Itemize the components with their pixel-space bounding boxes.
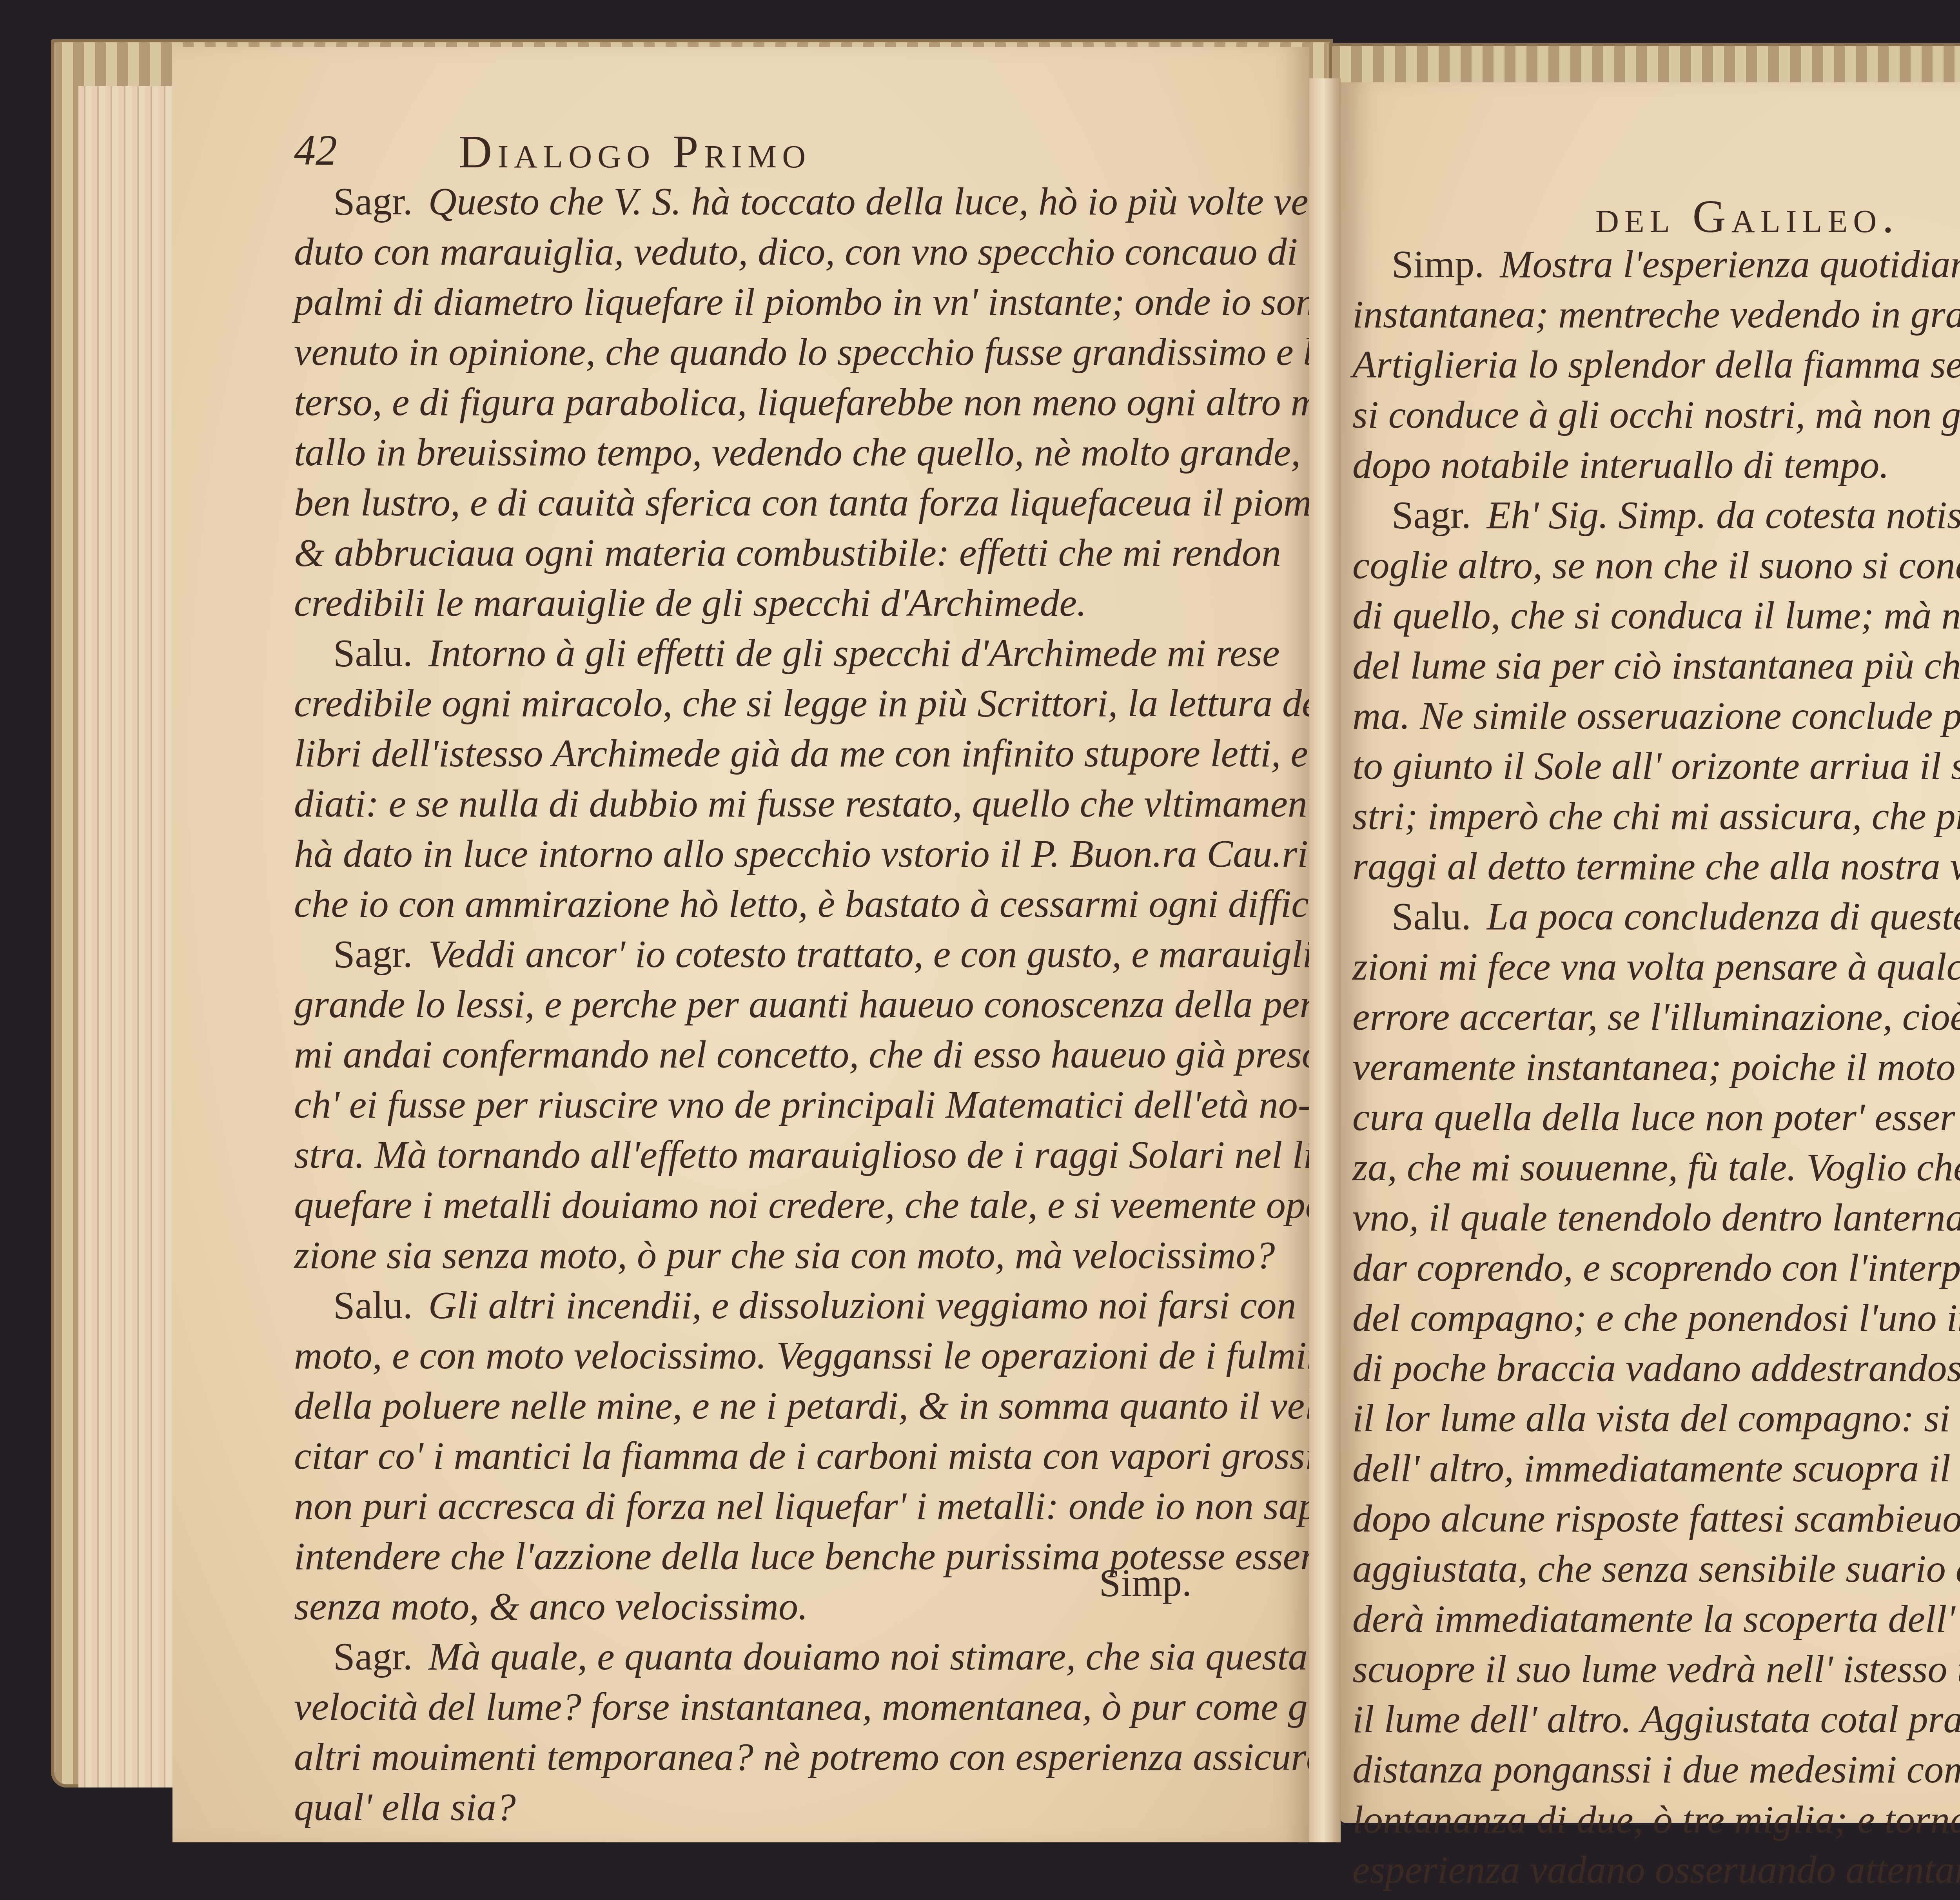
text-line: il lor lume alla vista del compagno: si … (1352, 1393, 1960, 1443)
text-line: del lume sia per ciò instantanea più che… (1352, 641, 1960, 691)
speaker-label: Sagr. (333, 180, 413, 223)
line-text: cura quella della luce non poter' esser … (1352, 1095, 1960, 1139)
line-text: zione sia senza moto, ò pur che sia con … (294, 1233, 1275, 1277)
text-line: & abbruciaua ogni materia combustibile: … (294, 528, 1278, 578)
line-text: Questo che V. S. hà toccato della luce, … (428, 180, 1321, 223)
speaker-label: Salu. (1392, 895, 1471, 938)
text-line: duto con marauiglia, veduto, dico, con v… (294, 227, 1278, 277)
text-line: Salu.Gli altri incendii, e dissoluzioni … (294, 1280, 1278, 1330)
text-line: diati: e se nulla di dubbio mi fusse res… (294, 779, 1278, 829)
text-line: il lume dell' altro. Aggiustata cotal pr… (1352, 1694, 1960, 1744)
line-text: coglie altro, se non che il suono si con… (1352, 543, 1960, 587)
text-line: moto, e con moto velocissimo. Vegganssi … (294, 1330, 1278, 1381)
speaker-label: Salu. (333, 631, 413, 675)
text-line: dopo alcune risposte fattesi scambieuolm… (1352, 1494, 1960, 1544)
line-text: Artiglieria lo splendor della fiamma sen… (1352, 343, 1960, 386)
line-text: non puri accresca di forza nel liquefar'… (294, 1484, 1360, 1528)
line-text: citar co' i mantici la fiamma de i carbo… (294, 1434, 1353, 1477)
text-line: Sagr.Veddi ancor' io cotesto trattato, e… (294, 929, 1278, 979)
text-line: esperienza vadano osseruando attentament… (1352, 1845, 1960, 1895)
line-text: Veddi ancor' io cotesto trattato, e con … (428, 932, 1333, 976)
text-line: derà immediatamente la scoperta dell' al… (1352, 1594, 1960, 1644)
line-text: & abbruciaua ogni materia combustibile: … (294, 531, 1281, 574)
text-line: cura quella della luce non poter' esser … (1352, 1092, 1960, 1142)
dialogue-paragraph: Sagr.Veddi ancor' io cotesto trattato, e… (294, 929, 1278, 1280)
text-line: dopo notabile interuallo di tempo. (1352, 440, 1960, 490)
line-text: credibile ogni miracolo, che si legge in… (294, 681, 1340, 725)
line-text: tallo in breuissimo tempo, vedendo che q… (294, 430, 1347, 474)
line-text: credibili le marauiglie de gli specchi d… (294, 581, 1087, 624)
running-head: Dialogo Primo (459, 125, 811, 179)
text-line: terso, e di figura parabolica, liquefare… (294, 377, 1278, 427)
speaker-label: Sagr. (1392, 493, 1471, 537)
text-line: palmi di diametro liquefare il piombo in… (294, 277, 1278, 327)
right-page-body: Simp.Mostra l'esperienza quotidiana l'es… (1352, 239, 1960, 1895)
text-line: errore accertar, se l'illuminazione, cio… (1352, 992, 1960, 1042)
text-line: dell' altro, immediatamente scuopra il s… (1352, 1443, 1960, 1494)
running-head: del Galileo. (1595, 190, 1899, 243)
line-text: Gli altri incendii, e dissoluzioni veggi… (428, 1283, 1296, 1327)
speaker-label: Sagr. (333, 932, 413, 976)
text-line: dar coprendo, e scoprendo con l'interpos… (1352, 1243, 1960, 1293)
text-line: che io con ammirazione hò letto, è basta… (294, 879, 1278, 929)
text-line: stri; imperò che chi mi assicura, che pr… (1352, 791, 1960, 841)
line-text: Mà quale, e quanta douiamo noi stimare, … (428, 1635, 1308, 1678)
line-text: che io con ammirazione hò letto, è basta… (294, 882, 1379, 926)
line-text: instantanea; mentreche vedendo in gran l… (1352, 292, 1960, 336)
line-text: errore accertar, se l'illuminazione, cio… (1352, 995, 1960, 1038)
line-text: zioni mi fece vna volta pensare à qualch… (1352, 945, 1960, 988)
speaker-label: Sagr. (333, 1635, 413, 1678)
text-line: raggi al detto termine che alla nostra v… (1352, 841, 1960, 891)
text-line: hà dato in luce intorno allo specchio vs… (294, 829, 1278, 879)
line-text: del lume sia per ciò instantanea più che… (1352, 644, 1960, 687)
text-line: aggiustata, che senza sensibile suario a… (1352, 1544, 1960, 1594)
line-text: altri mouimenti temporanea? nè potremo c… (294, 1735, 1368, 1778)
line-text: stri; imperò che chi mi assicura, che pr… (1352, 794, 1960, 838)
line-text: il lor lume alla vista del compagno: si … (1352, 1396, 1960, 1440)
line-text: hà dato in luce intorno allo specchio vs… (294, 832, 1345, 875)
line-text: moto, e con moto velocissimo. Vegganssi … (294, 1334, 1347, 1377)
line-text: Mostra l'esperienza quotidiana l'espansi… (1500, 242, 1960, 286)
line-text: velocità del lume? forse instantanea, mo… (294, 1685, 1329, 1728)
line-text: dopo alcune risposte fattesi scambieuolm… (1352, 1497, 1960, 1540)
text-line: Sagr.Questo che V. S. hà toccato della l… (294, 176, 1278, 227)
line-text: qual' ella sia? (294, 1785, 516, 1829)
page-block-edges (78, 86, 172, 1787)
text-line: za, che mi souuenne, fù tale. Voglio che… (1352, 1142, 1960, 1192)
line-text: La poca concludenza di queste, e di altr… (1487, 895, 1960, 938)
line-text: lontananza di due, ò tre miglia; e torna… (1352, 1798, 1960, 1841)
text-line: altri mouimenti temporanea? nè potremo c… (294, 1732, 1278, 1782)
text-line: Salu.Intorno à gli effetti de gli specch… (294, 628, 1278, 678)
line-text: Eh' Sig. Simp. da cotesta notissima espe… (1487, 493, 1960, 537)
text-line: tallo in breuissimo tempo, vedendo che q… (294, 427, 1278, 477)
dialogue-paragraph: Sagr.Eh' Sig. Simp. da cotesta notissima… (1352, 490, 1960, 891)
left-page: 42 Dialogo Primo Sagr.Questo che V. S. h… (172, 47, 1309, 1842)
text-line: mi andai confermando nel concetto, che d… (294, 1029, 1278, 1080)
line-text: scuopre il suo lume vedrà nell' istesso … (1352, 1647, 1960, 1691)
text-line: venuto in opinione, che quando lo specch… (294, 327, 1278, 377)
text-line: del compagno; e che ponendosi l'uno inco… (1352, 1293, 1960, 1343)
text-line: credibile ogni miracolo, che si legge in… (294, 678, 1278, 728)
line-text: veramente instantanea; poiche il moto as… (1352, 1045, 1960, 1089)
text-line: di quello, che si conduca il lume; mà no… (1352, 590, 1960, 641)
text-line: ben lustro, e di cauità sferica con tant… (294, 477, 1278, 528)
line-text: di poche braccia vadano addestrandosi ne… (1352, 1346, 1960, 1390)
dialogue-paragraph: Sagr.Mà quale, e quanta douiamo noi stim… (294, 1631, 1278, 1832)
text-line: instantanea; mentreche vedendo in gran l… (1352, 289, 1960, 339)
text-line: zione sia senza moto, ò pur che sia con … (294, 1230, 1278, 1280)
right-page: del Galileo. 43 Simp.Mostra l'esperienza… (1341, 82, 1960, 1823)
text-line: lontananza di due, ò tre miglia; e torna… (1352, 1795, 1960, 1845)
line-text: venuto in opinione, che quando lo specch… (294, 330, 1360, 374)
text-line: quefare i metalli douiamo noi credere, c… (294, 1180, 1278, 1230)
text-line: velocità del lume? forse instantanea, mo… (294, 1682, 1278, 1732)
text-line: to giunto il Sole all' orizonte arriua i… (1352, 741, 1960, 791)
speaker-label: Simp. (1392, 242, 1484, 286)
dialogue-paragraph: Salu.Intorno à gli effetti de gli specch… (294, 628, 1278, 929)
line-text: grande lo lessi, e perche per auanti hau… (294, 982, 1389, 1026)
line-text: di quello, che si conduca il lume; mà no… (1352, 593, 1960, 637)
line-text: del compagno; e che ponendosi l'uno inco… (1352, 1296, 1960, 1339)
text-line: non puri accresca di forza nel liquefar'… (294, 1481, 1278, 1531)
line-text: duto con marauiglia, veduto, dico, con v… (294, 230, 1351, 273)
text-line: scuopre il suo lume vedrà nell' istesso … (1352, 1644, 1960, 1694)
line-text: libri dell'istesso Archimede già da me c… (294, 731, 1377, 775)
text-line: citar co' i mantici la fiamma de i carbo… (294, 1431, 1278, 1481)
line-text: quefare i metalli douiamo noi credere, c… (294, 1183, 1370, 1227)
line-text: derà immediatamente la scoperta dell' al… (1352, 1597, 1960, 1640)
line-text: diati: e se nulla di dubbio mi fusse res… (294, 782, 1336, 825)
catchword: Simp. (1099, 1560, 1192, 1605)
line-text: stra. Mà tornando all'effetto marauiglio… (294, 1133, 1327, 1176)
text-line: veramente instantanea; poiche il moto as… (1352, 1042, 1960, 1092)
line-text: vno, il quale tenendolo dentro lanterna,… (1352, 1196, 1960, 1239)
page-number: 42 (294, 125, 337, 175)
dialogue-paragraph: Simp.Mostra l'esperienza quotidiana l'es… (1352, 239, 1960, 490)
line-text: senza moto, & anco velocissimo. (294, 1584, 808, 1628)
text-line: distanza ponganssi i due medesimi compag… (1352, 1744, 1960, 1795)
line-text: il lume dell' altro. Aggiustata cotal pr… (1352, 1697, 1960, 1741)
text-line: Sagr.Mà quale, e quanta douiamo noi stim… (294, 1631, 1278, 1682)
text-line: grande lo lessi, e perche per auanti hau… (294, 979, 1278, 1029)
line-text: distanza ponganssi i due medesimi compag… (1352, 1748, 1960, 1791)
dialogue-paragraph: Salu.La poca concludenza di queste, e di… (1352, 891, 1960, 1895)
line-text: ch' ei fusse per riuscire vno de princip… (294, 1083, 1311, 1126)
text-line: della poluere nelle mine, e ne i petardi… (294, 1381, 1278, 1431)
line-text: mi andai confermando nel concetto, che d… (294, 1033, 1331, 1076)
line-text: dell' altro, immediatamente scuopra il s… (1352, 1446, 1960, 1490)
dialogue-paragraph: Sagr.Questo che V. S. hà toccato della l… (294, 176, 1278, 628)
text-line: vno, il quale tenendolo dentro lanterna,… (1352, 1192, 1960, 1243)
line-text: to giunto il Sole all' orizonte arriua i… (1352, 744, 1960, 788)
text-line: libri dell'istesso Archimede già da me c… (294, 728, 1278, 779)
text-line: si conduce à gli occhi nostri, mà non gi… (1352, 390, 1960, 440)
line-text: si conduce à gli occhi nostri, mà non gi… (1352, 393, 1960, 436)
speaker-label: Salu. (333, 1283, 413, 1327)
text-line: qual' ella sia? (294, 1782, 1278, 1832)
text-line: zioni mi fece vna volta pensare à qualch… (1352, 942, 1960, 992)
text-line: ch' ei fusse per riuscire vno de princip… (294, 1080, 1278, 1130)
text-line: credibili le marauiglie de gli specchi d… (294, 578, 1278, 628)
text-line: Salu.La poca concludenza di queste, e di… (1352, 891, 1960, 942)
line-text: raggi al detto termine che alla nostra v… (1352, 844, 1960, 888)
text-line: stra. Mà tornando all'effetto marauiglio… (294, 1130, 1278, 1180)
text-line: Artiglieria lo splendor della fiamma sen… (1352, 339, 1960, 390)
line-text: esperienza vadano osseruando attentament… (1352, 1848, 1960, 1891)
line-text: Intorno à gli effetti de gli specchi d'A… (428, 631, 1280, 675)
text-line: ma. Ne simile osseruazione conclude più … (1352, 691, 1960, 741)
text-line: Sagr.Eh' Sig. Simp. da cotesta notissima… (1352, 490, 1960, 540)
text-line: Simp.Mostra l'esperienza quotidiana l'es… (1352, 239, 1960, 289)
text-line: coglie altro, se non che il suono si con… (1352, 540, 1960, 590)
line-text: aggiustata, che senza sensibile suario a… (1352, 1547, 1960, 1590)
text-line: di poche braccia vadano addestrandosi ne… (1352, 1343, 1960, 1393)
line-text: ben lustro, e di cauità sferica con tant… (294, 481, 1361, 524)
line-text: della poluere nelle mine, e ne i petardi… (294, 1384, 1348, 1427)
line-text: terso, e di figura parabolica, liquefare… (294, 380, 1349, 424)
book-gutter (1309, 78, 1341, 1842)
line-text: ma. Ne simile osseruazione conclude più … (1352, 694, 1960, 737)
line-text: dar coprendo, e scoprendo con l'interpos… (1352, 1246, 1960, 1289)
line-text: dopo notabile interuallo di tempo. (1352, 443, 1889, 486)
line-text: palmi di diametro liquefare il piombo in… (294, 280, 1315, 323)
line-text: za, che mi souuenne, fù tale. Voglio che… (1352, 1145, 1960, 1189)
